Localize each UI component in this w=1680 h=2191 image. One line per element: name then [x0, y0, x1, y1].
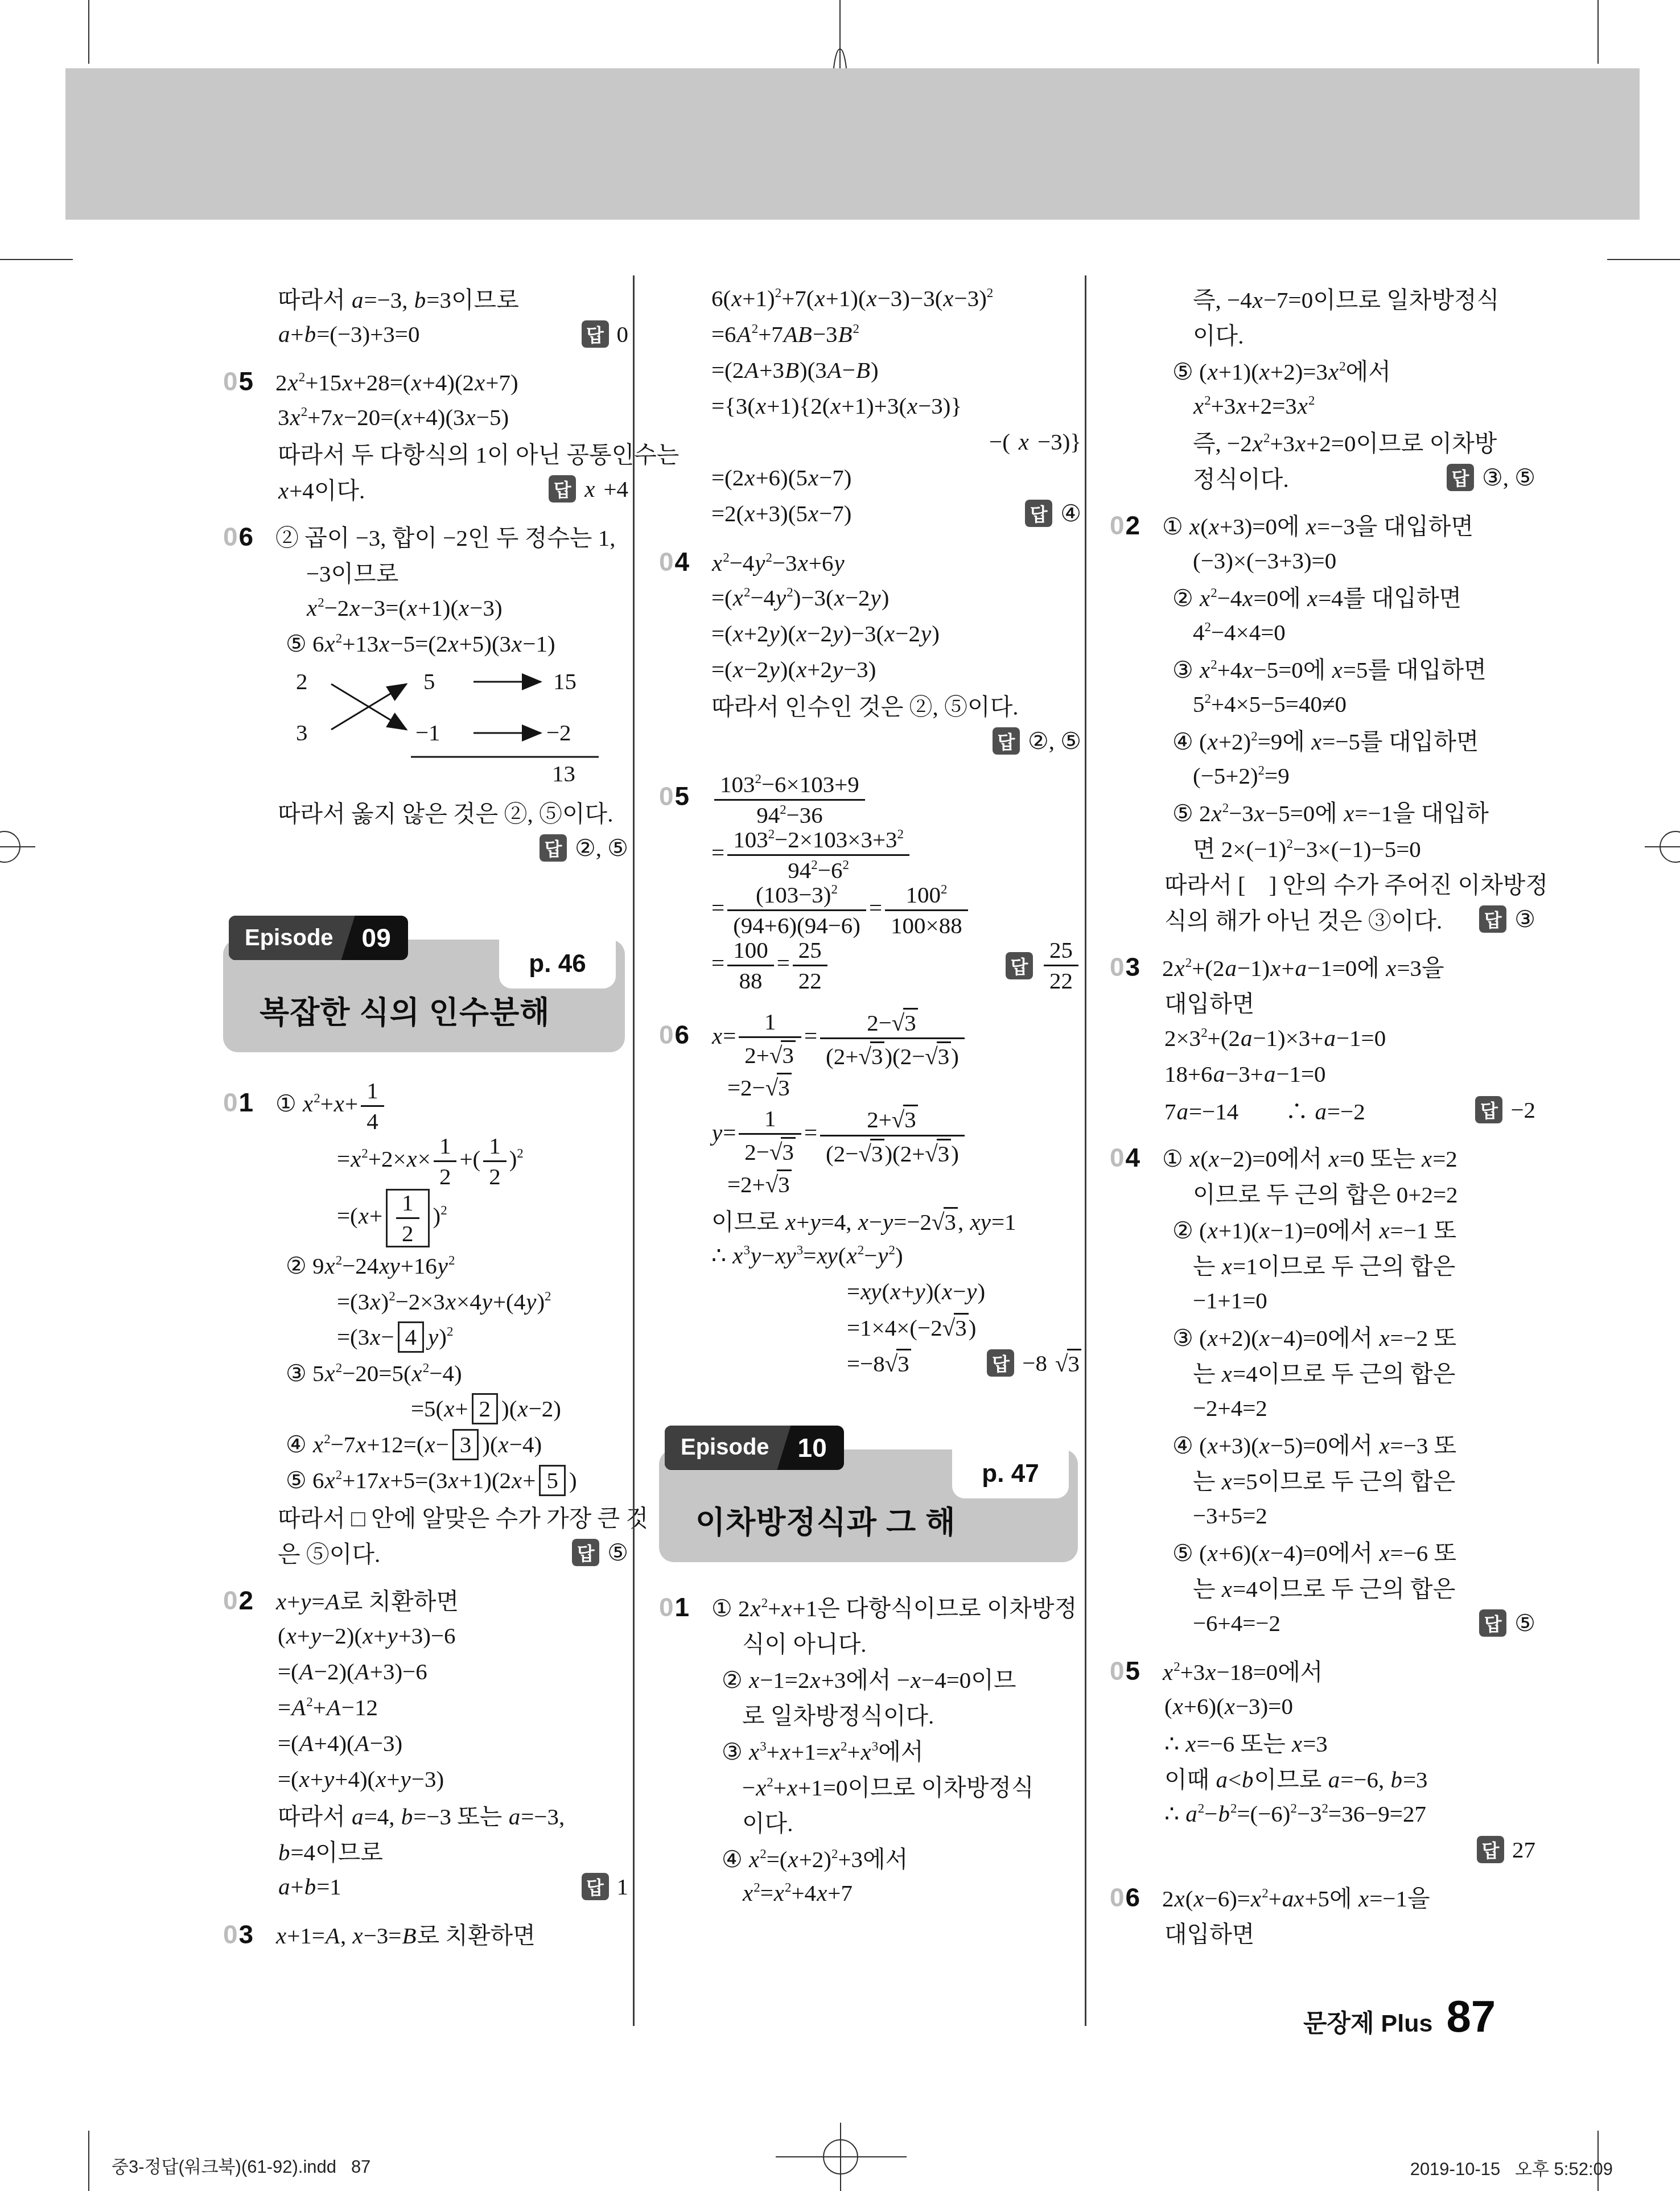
episode-tab: Episode10: [665, 1426, 844, 1470]
solution-line: =(103−3)2(94+6)(94−6)=1002100×88: [659, 883, 1081, 938]
sqrt-expression: √3: [885, 1349, 911, 1377]
fraction: 1002100×88: [885, 883, 968, 938]
solution-line: =2−√3: [659, 1069, 1081, 1105]
solution-line: =(2x+6)(5x−7): [659, 459, 1081, 495]
solution-line: −3+5=2: [1110, 1497, 1535, 1533]
solution-line: ② (x+1)(x−1)=0에서 x=−1 또: [1110, 1210, 1535, 1246]
sqrt-expression: √3: [892, 1105, 918, 1132]
solution-line: 즉, −2x2+3x+2=0이므로 이차방: [1110, 423, 1535, 459]
solution-line: =(x2−4y2)−3(x−2y): [659, 579, 1081, 615]
solution-line: x2=x2+4x+7: [659, 1875, 1081, 1911]
solution-line: −3이므로: [223, 554, 628, 590]
solution-line: =10088=2522답2522: [659, 938, 1081, 993]
solution-line: ⑤ 6x2+13x−5=(2x+5)(3x−1): [223, 625, 628, 661]
fraction: 12: [483, 1134, 507, 1189]
solution-line: ② 9x2−24xy+16y2: [223, 1247, 628, 1283]
solution-line: ⑤ (x+6)(x−4)=0에서 x=−6 또: [1110, 1533, 1535, 1569]
solution-line: (−5+2)2=9: [1110, 757, 1535, 793]
answer-badge: 답: [572, 1539, 599, 1566]
solution-line: ③ 5x2−20=5(x2−4): [223, 1355, 628, 1391]
solution-line: x+4이다.답x+4: [223, 471, 628, 506]
solution-line: =xy(x+y)(x−y): [659, 1274, 1081, 1309]
solution-line: 답27: [1110, 1831, 1535, 1867]
solution-line: 02① x(x+3)=0에 x=−3을 대입하면: [1110, 506, 1535, 542]
column-3: 즉, −4x−7=0이므로 일차방정식이다.⑤ (x+1)(x+2)=3x2에서…: [1110, 280, 1535, 2038]
solution-line: 032x2+(2a−1)x+a−1=0에 x=3을: [1110, 948, 1535, 984]
cross-mid-bottom: −1: [415, 718, 440, 747]
answer-box: 2: [472, 1393, 499, 1424]
solution-line: =(2A+3B)(3A−B): [659, 352, 1081, 388]
solution-line: 52+4×5−5=40≠0: [1110, 686, 1535, 722]
episode-page-ref: p. 46: [499, 940, 616, 989]
solution-line: 이므로 두 근의 합은 0+2=2: [1110, 1175, 1535, 1210]
solution-line: ④ (x+3)(x−5)=0에서 x=−3 또: [1110, 1426, 1535, 1461]
fraction: 14: [361, 1078, 384, 1134]
solution-line: 따라서 a=−3, b=3이므로: [223, 280, 628, 316]
solution-line: ⑤ 6x2+17x+5=(3x+1)(2x+5): [223, 1463, 628, 1498]
solution-line: =(A−2)(A+3)−6: [223, 1653, 628, 1689]
problem-number: 03: [1110, 952, 1162, 982]
problem-number: 02: [223, 1585, 275, 1616]
solution-line: 2×32+(2a−1)×3+a−1=0: [1110, 1020, 1535, 1056]
episode-number: 10: [791, 1426, 844, 1470]
sqrt-expression: √3: [858, 1139, 884, 1166]
solution-line: =6A2+7AB−3B2: [659, 316, 1081, 352]
solution-line: ⑤ 2x2−3x−5=0에 x=−1을 대입하: [1110, 793, 1535, 829]
solution-line: −1+1=0: [1110, 1282, 1535, 1318]
cross-left-bottom: 3: [296, 718, 308, 747]
solution-line: 04① x(x−2)=0에서 x=0 또는 x=2: [1110, 1139, 1535, 1175]
answer-badge: 답: [1447, 464, 1474, 491]
sqrt-expression: √3: [925, 1041, 951, 1069]
solution-line: 이다.: [1110, 316, 1535, 352]
sqrt-expression: √3: [769, 1040, 796, 1068]
answer-badge: 답: [582, 320, 609, 348]
solution-line: 6(x+1)2+7(x+1)(x−3)−3(x−3)2: [659, 280, 1081, 316]
solution-line: 따라서 [ ] 안의 수가 주어진 이차방정: [1110, 865, 1535, 901]
problem-number: 06: [223, 521, 275, 552]
solution-line: ③ x2+4x−5=0에 x=5를 대입하면: [1110, 650, 1535, 686]
fraction: 2522: [1044, 938, 1078, 993]
print-file-name: 중3-정답(워크북)(61-92).indd 87: [112, 2152, 370, 2178]
column-divider-2: [1085, 275, 1086, 2026]
solution-line: 051032−6×103+9942−36: [659, 772, 1081, 827]
book-section-label: 문장제 Plus: [1303, 2004, 1432, 2039]
solution-line: −(x−3)}: [659, 423, 1081, 459]
column-2: 6(x+1)2+7(x+1)(x−3)−3(x−3)2=6A2+7AB−3B2=…: [659, 280, 1081, 2038]
answer-badge: 답: [549, 475, 576, 503]
solution-line: ={3(x+1){2(x+1)+3(x−3)}: [659, 388, 1081, 423]
page-number: 87: [1446, 1991, 1496, 2042]
solution-line: =x2+2×x×12+(12)2: [223, 1134, 628, 1189]
solution-line: (x+6)(x−3)=0: [1110, 1688, 1535, 1724]
solution-line: a+b=1답1: [223, 1868, 628, 1904]
fraction: 12+√3: [739, 1010, 801, 1068]
answer-box: 3: [452, 1429, 479, 1460]
problem-number: 06: [659, 1019, 711, 1050]
solution-line: =(x+y+4)(x+y−3): [223, 1761, 628, 1797]
solution-line: b=4이므로: [223, 1832, 628, 1868]
solution-line: 062x(x−6)=x2+ax+5에 x=−1을: [1110, 1879, 1535, 1914]
solution-line: 7a=−14 ∴ a=−2답−2: [1110, 1092, 1535, 1127]
episode-title: 복잡한 식의 인수분해: [260, 989, 550, 1032]
problem-number: 04: [1110, 1142, 1162, 1173]
solution-line: =1032−2×103×3+32942−62: [659, 827, 1081, 883]
workbook-answer-page: 따라서 a=−3, b=3이므로a+b=(−3)+3=0답0052x2+15x+…: [0, 0, 1680, 2191]
episode-header: p. 46Episode09복잡한 식의 인수분해: [223, 916, 628, 1052]
solution-line: 따라서 a=4, b=−3 또는 a=−3,: [223, 1797, 628, 1832]
answer-badge: 답: [540, 834, 567, 862]
solution-line: 18+6a−3+a−1=0: [1110, 1056, 1535, 1092]
sqrt-expression: √3: [892, 1008, 918, 1035]
solution-line: (−3)×(−3+3)=0: [1110, 542, 1535, 578]
sqrt-expression: √3: [925, 1139, 951, 1166]
solution-line: 이때 a<b이므로 a=−6, b=3: [1110, 1760, 1535, 1795]
solution-line: 답②, ⑤: [223, 830, 628, 866]
sqrt-expression: √3: [769, 1137, 796, 1164]
answer-badge: 답: [987, 1349, 1014, 1377]
solution-line: 03x+1=A, x−3=B로 치환하면: [223, 1916, 628, 1951]
sqrt-expression: √3: [858, 1041, 884, 1069]
episode-number: 09: [355, 916, 408, 960]
fraction: 12: [396, 1191, 419, 1246]
solution-line: ② x2−4x=0에 x=4를 대입하면: [1110, 578, 1535, 614]
solution-line: =(x+2y)(x−2y)−3(x−2y): [659, 615, 1081, 651]
solution-line: ⑤ (x+1)(x+2)=3x2에서: [1110, 352, 1535, 388]
solution-line: 01① x2+x+14: [223, 1078, 628, 1134]
solution-line: 04x2−4y2−3x+6y: [659, 543, 1081, 579]
cross-sum: 13: [552, 759, 575, 788]
solution-line: ∴ x3y−xy3=xy(x2−y2): [659, 1238, 1081, 1274]
problem-number: 01: [659, 1592, 711, 1622]
solution-line: 따라서 옳지 않은 것은 ②, ⑤이다.: [223, 794, 628, 830]
episode-label: Episode: [665, 1426, 791, 1470]
episode-header: p. 47Episode10이차방정식과 그 해: [659, 1426, 1081, 1562]
solution-line: −6+4=−2답⑤: [1110, 1605, 1535, 1641]
fraction: (103−3)2(94+6)(94−6): [727, 883, 866, 938]
solution-line: 따라서 두 다항식의 1이 아닌 공통인수는: [223, 435, 628, 471]
solution-line: ④ x2−7x+12=(x−3)(x−4): [223, 1427, 628, 1463]
solution-line: (x+y−2)(x+y+3)−6: [223, 1617, 628, 1653]
problem-number: 05: [223, 366, 275, 397]
fraction: 10088: [727, 938, 774, 993]
solution-line: =2(x+3)(5x−7)답④: [659, 495, 1081, 531]
solution-line: 는 x=4이므로 두 근의 합은: [1110, 1354, 1535, 1390]
sqrt-expression: √3: [765, 1169, 792, 1198]
solution-line: =1×4×(−2√3): [659, 1309, 1081, 1345]
solution-line: 이다.: [659, 1803, 1081, 1839]
episode-label: Episode: [229, 916, 355, 960]
cross-mid-top: 5: [423, 667, 435, 695]
solution-line: x2+3x+2=3x2: [1110, 388, 1535, 423]
solution-line: =5(x+2)(x−2): [223, 1391, 628, 1427]
solution-line: =A2+A−12: [223, 1689, 628, 1725]
solution-line: 로 일차방정식이다.: [659, 1696, 1081, 1732]
cross-multiplication-diagram: 235−115−213: [223, 666, 621, 788]
solution-line: 정식이다.답③, ⑤: [1110, 459, 1535, 495]
column-divider-1: [633, 275, 635, 2026]
solution-line: =(x−2y)(x+2y−3): [659, 651, 1081, 687]
cross-product-bottom: −2: [546, 718, 571, 747]
solution-line: 02x+y=A로 치환하면: [223, 1582, 628, 1617]
problem-number: 04: [659, 546, 711, 577]
solution-line: ③ x3+x+1=x2+x3에서: [659, 1732, 1081, 1768]
answer-badge: 답: [1475, 1096, 1502, 1123]
top-gray-band: [65, 68, 1640, 220]
sqrt-expression: √3: [765, 1073, 792, 1101]
solution-line: 052x2+15x+28=(x+4)(2x+7): [223, 363, 628, 399]
cross-left-top: 2: [296, 667, 308, 695]
solution-line: 은 ⑤이다.답⑤: [223, 1534, 628, 1570]
solution-line: 답②, ⑤: [659, 723, 1081, 759]
solution-line: ④ (x+2)2=9에 x=−5를 대입하면: [1110, 722, 1535, 757]
fraction: 2522: [793, 938, 827, 993]
problem-number: 05: [1110, 1655, 1162, 1686]
solution-line: ② x−1=2x+3에서 −x−4=0이므: [659, 1660, 1081, 1696]
fraction: 1032−2×103×3+32942−62: [727, 827, 909, 883]
solution-line: 식이 아니다.: [659, 1624, 1081, 1660]
solution-line: 3x2+7x−20=(x+4)(3x−5): [223, 399, 628, 435]
answer-badge: 답: [582, 1873, 609, 1900]
solution-line: x2−2x−3=(x+1)(x−3): [223, 590, 628, 625]
solution-line: =(3x)2−2×3x×4y+(4y)2: [223, 1283, 628, 1319]
problem-number: 02: [1110, 510, 1162, 541]
solution-line: ∴ a2−b2=(−6)2−32=36−9=27: [1110, 1795, 1535, 1831]
solution-line: =(A+4)(A−3): [223, 1725, 628, 1761]
fraction: 1032−6×103+9942−36: [714, 772, 865, 827]
answer-badge: 답: [1025, 500, 1052, 527]
sqrt-expression: √3: [932, 1207, 958, 1235]
problem-number: 06: [1110, 1882, 1162, 1913]
fraction: 2−√3(2+√3)(2−√3): [820, 1008, 965, 1069]
column-1: 따라서 a=−3, b=3이므로a+b=(−3)+3=0답0052x2+15x+…: [223, 280, 628, 2038]
answer-box: 5: [539, 1465, 566, 1496]
solution-line: 따라서 인수인 것은 ②, ⑤이다.: [659, 687, 1081, 723]
answer-badge: 답: [993, 727, 1020, 755]
answer-badge: 답: [1479, 905, 1506, 933]
fraction: 12: [434, 1134, 457, 1189]
problem-number: 05: [659, 781, 711, 812]
solution-line: =2+√3: [659, 1166, 1081, 1202]
solution-line: =(3x−4y)2: [223, 1319, 628, 1355]
episode-title: 이차방정식과 그 해: [695, 1498, 956, 1542]
answer-box: 4: [398, 1321, 425, 1353]
solution-line: ③ (x+2)(x−4)=0에서 x=−2 또: [1110, 1318, 1535, 1354]
answer-badge: 답: [1006, 952, 1033, 979]
solution-line: 01① 2x2+x+1은 다항식이므로 이차방정: [659, 1588, 1081, 1624]
answer-badge: 답: [1479, 1609, 1506, 1637]
answer-badge: 답: [1477, 1836, 1504, 1863]
solution-line: −x2+x+1=0이므로 이차방정식: [659, 1768, 1081, 1803]
fraction: 12−√3: [739, 1106, 801, 1164]
solution-line: =−8√3답−8√3: [659, 1345, 1081, 1381]
fraction: 2+√3(2−√3)(2+√3): [820, 1105, 965, 1165]
answer-box: 12: [386, 1189, 430, 1247]
solution-line: 는 x=1이므로 두 근의 합은: [1110, 1246, 1535, 1282]
print-timestamp: 2019-10-15 오후 5:52:09: [1410, 2155, 1613, 2180]
page-footer: 문장제 Plus 87: [1303, 1991, 1496, 2042]
episode-tab: Episode09: [229, 916, 408, 960]
solution-line: a+b=(−3)+3=0답0: [223, 316, 628, 352]
solution-line: y=12−√3=2+√3(2−√3)(2+√3): [659, 1105, 1081, 1165]
problem-number: 03: [223, 1919, 275, 1950]
cross-product-top: 15: [553, 667, 577, 695]
solution-line: −2+4=2: [1110, 1390, 1535, 1426]
solution-line: 즉, −4x−7=0이므로 일차방정식: [1110, 280, 1535, 316]
solution-line: 식의 해가 아닌 것은 ③이다.답③: [1110, 901, 1535, 937]
solution-line: ④ x2=(x+2)2+3에서: [659, 1839, 1081, 1875]
solution-line: 는 x=4이므로 두 근의 합은: [1110, 1569, 1535, 1605]
solution-line: ∴ x=−6 또는 x=3: [1110, 1724, 1535, 1760]
episode-page-ref: p. 47: [952, 1449, 1069, 1498]
solution-line: 이므로 x+y=4, x−y=−2√3, xy=1: [659, 1202, 1081, 1238]
sqrt-expression: √3: [1055, 1349, 1081, 1377]
solution-line: =(x+12)2: [223, 1189, 628, 1247]
solution-line: 대입하면: [1110, 1914, 1535, 1950]
sqrt-expression: √3: [942, 1313, 969, 1341]
solution-line: 42−4×4=0: [1110, 614, 1535, 650]
solution-line: 06x=12+√3=2−√3(2+√3)(2−√3): [659, 1008, 1081, 1069]
solution-line: 면 2×(−1)2−3×(−1)−5=0: [1110, 829, 1535, 865]
solution-line: 는 x=5이므로 두 근의 합은: [1110, 1461, 1535, 1497]
solution-line: 따라서 □ 안에 알맞은 수가 가장 큰 것: [223, 1498, 628, 1534]
solution-line: 대입하면: [1110, 984, 1535, 1020]
solution-line: 06② 곱이 −3, 합이 −2인 두 정수는 1,: [223, 518, 628, 554]
problem-number: 01: [223, 1087, 275, 1118]
solution-line: 05x2+3x−18=0에서: [1110, 1652, 1535, 1688]
